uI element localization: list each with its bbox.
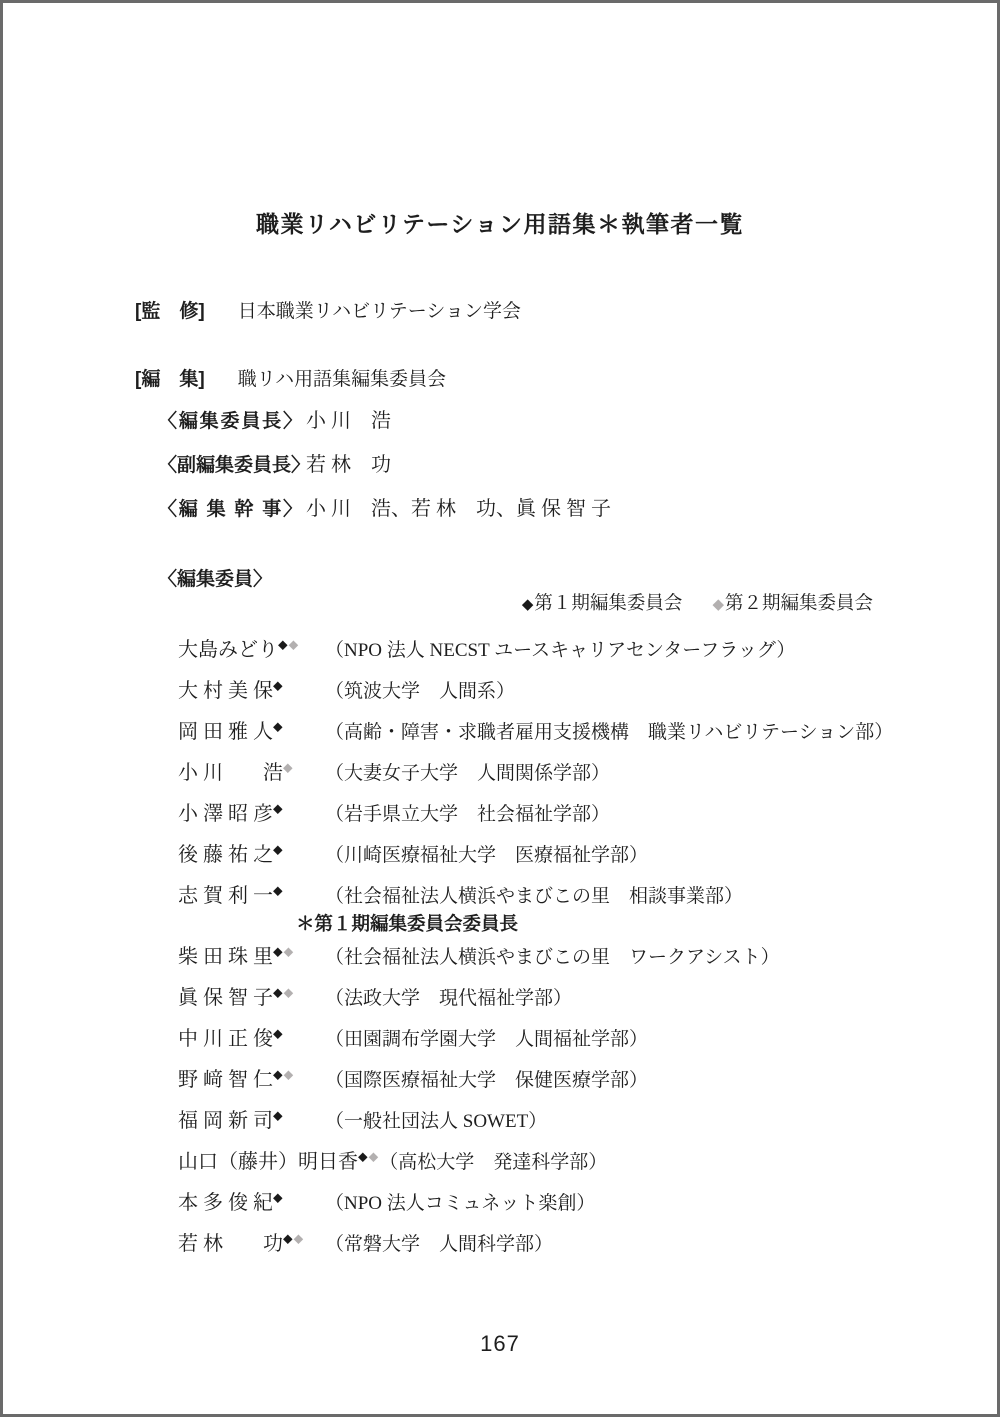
member-name-cell: 福 岡 新 司◆ [178, 1108, 325, 1135]
period1-diamond-icon: ◆ [358, 1148, 369, 1163]
committee-legend: ◆第１期編集委員会◆第２期編集委員会 [178, 589, 873, 615]
member-line: 後 藤 祐 之◆（川崎医療福祉大学 医療福祉学部） [178, 842, 918, 869]
member-name-cell: 大島みどり◆◆ [178, 637, 325, 664]
member-name: 小 川 浩 [178, 762, 283, 784]
member-name: 若 林 功 [178, 1233, 283, 1255]
member-name: 大 村 美 保 [178, 680, 273, 702]
member-name-cell: 岡 田 雅 人◆ [178, 719, 325, 746]
member-row: 志 賀 利 一◆（社会福祉法人横浜やまびこの里 相談事業部）＊第１期編集委員会委… [178, 883, 918, 937]
role-label: 〈副編集委員長〉 [158, 450, 302, 477]
member-affiliation: （社会福祉法人横浜やまびこの里 相談事業部） [325, 883, 743, 910]
member-line: 野 﨑 智 仁◆◆（国際医療福祉大学 保健医療学部） [178, 1067, 918, 1094]
member-row: 後 藤 祐 之◆（川崎医療福祉大学 医療福祉学部） [178, 842, 918, 883]
member-name: 本 多 俊 紀 [178, 1192, 273, 1214]
member-affiliation: （常磐大学 人間科学部） [325, 1231, 553, 1258]
member-name-cell: 野 﨑 智 仁◆◆ [178, 1067, 325, 1094]
period1-diamond-icon: ◆ [273, 1025, 284, 1040]
member-markers: ◆◆ [273, 946, 294, 968]
role-value: 若 林 功 [306, 454, 391, 476]
member-name: 野 﨑 智 仁 [178, 1069, 273, 1091]
member-name-cell: 本 多 俊 紀◆ [178, 1190, 325, 1217]
period1-diamond-icon: ◆ [273, 882, 284, 897]
member-affiliation: （川崎医療福祉大学 医療福祉学部） [325, 842, 648, 869]
member-markers: ◆◆ [278, 639, 299, 661]
member-row: 中 川 正 俊◆（田園調布学園大学 人間福祉学部） [178, 1026, 918, 1067]
period2-diamond-icon: ◆ [712, 595, 724, 613]
member-name: 中 川 正 俊 [178, 1028, 273, 1050]
member-markers: ◆◆ [273, 1069, 294, 1091]
period1-diamond-icon: ◆ [278, 636, 289, 651]
member-name: 眞 保 智 子 [178, 987, 273, 1009]
member-line: 福 岡 新 司◆（一般社団法人 SOWET） [178, 1108, 918, 1135]
member-affiliation: （NPO 法人 NECST ユースキャリアセンターフラッグ） [325, 637, 795, 664]
supervision-value: 日本職業リハビリテーション学会 [238, 301, 521, 322]
member-row: 小 川 浩◆（大妻女子大学 人間関係学部） [178, 760, 918, 801]
period1-diamond-icon: ◆ [273, 1066, 284, 1081]
role-label: 〈編 集 幹 事〉 [158, 494, 302, 521]
member-row: 小 澤 昭 彦◆（岩手県立大学 社会福祉学部） [178, 801, 918, 842]
editing-row: [編 集] 職リハ用語集編集委員会 [135, 364, 446, 391]
member-line: 岡 田 雅 人◆（高齢・障害・求職者雇用支援機構 職業リハビリテーション部） [178, 719, 918, 746]
member-line: 山口（藤井）明日香◆◆（高松大学 発達科学部） [178, 1149, 918, 1176]
member-markers: ◆ [283, 762, 294, 784]
period1-diamond-icon: ◆ [273, 943, 284, 958]
member-row: 大島みどり◆◆（NPO 法人 NECST ユースキャリアセンターフラッグ） [178, 637, 918, 678]
member-row: 野 﨑 智 仁◆◆（国際医療福祉大学 保健医療学部） [178, 1067, 918, 1108]
member-name: 後 藤 祐 之 [178, 844, 273, 866]
member-name-cell: 後 藤 祐 之◆ [178, 842, 325, 869]
member-name: 福 岡 新 司 [178, 1110, 273, 1132]
period2-diamond-icon: ◆ [369, 1148, 380, 1163]
member-line: 大島みどり◆◆（NPO 法人 NECST ユースキャリアセンターフラッグ） [178, 637, 918, 664]
member-line: 志 賀 利 一◆（社会福祉法人横浜やまびこの里 相談事業部） [178, 883, 918, 910]
editing-value: 職リハ用語集編集委員会 [238, 369, 446, 390]
member-markers: ◆ [273, 844, 284, 866]
period1-diamond-icon: ◆ [273, 800, 284, 815]
member-name: 大島みどり [178, 639, 278, 661]
member-affiliation: （法政大学 現代福祉学部） [325, 985, 572, 1012]
editing-label: [編 集] [135, 364, 227, 391]
member-affiliation: （高松大学 発達科学部） [379, 1149, 607, 1176]
member-line: 柴 田 珠 里◆◆（社会福祉法人横浜やまびこの里 ワークアシスト） [178, 944, 918, 971]
member-name-cell: 志 賀 利 一◆ [178, 883, 325, 910]
member-affiliation: （筑波大学 人間系） [325, 678, 515, 705]
member-affiliation: （大妻女子大学 人間関係学部） [325, 760, 610, 787]
member-line: 本 多 俊 紀◆（NPO 法人コミュネット楽創） [178, 1190, 918, 1217]
member-markers: ◆ [273, 680, 284, 702]
period2-diamond-icon: ◆ [284, 984, 295, 999]
legend-label: 第２期編集委員会 [725, 589, 873, 615]
member-row: 福 岡 新 司◆（一般社団法人 SOWET） [178, 1108, 918, 1149]
member-affiliation: （一般社団法人 SOWET） [325, 1108, 547, 1135]
supervision-row: [監 修] 日本職業リハビリテーション学会 [135, 296, 521, 323]
page-title: 職業リハビリテーション用語集＊執筆者一覧 [3, 206, 997, 239]
member-name: 小 澤 昭 彦 [178, 803, 273, 825]
member-row: 若 林 功◆◆（常磐大学 人間科学部） [178, 1231, 918, 1272]
period2-diamond-icon: ◆ [289, 636, 300, 651]
period1-diamond-icon: ◆ [273, 677, 284, 692]
member-affiliation: （NPO 法人コミュネット楽創） [325, 1190, 595, 1217]
member-name-cell: 大 村 美 保◆ [178, 678, 325, 705]
member-row: 岡 田 雅 人◆（高齢・障害・求職者雇用支援機構 職業リハビリテーション部） [178, 719, 918, 760]
member-name-cell: 山口（藤井）明日香◆◆ [178, 1149, 379, 1176]
member-line: 中 川 正 俊◆（田園調布学園大学 人間福祉学部） [178, 1026, 918, 1053]
role-value: 小 川 浩、若 林 功、眞 保 智 子 [306, 498, 611, 520]
period1-diamond-icon: ◆ [283, 1230, 294, 1245]
role-row: 〈編 集 幹 事〉小 川 浩、若 林 功、眞 保 智 子 [158, 492, 611, 536]
period2-diamond-icon: ◆ [283, 759, 294, 774]
member-line: 若 林 功◆◆（常磐大学 人間科学部） [178, 1231, 918, 1258]
period1-diamond-icon: ◆ [273, 1189, 284, 1204]
member-markers: ◆ [273, 721, 284, 743]
member-markers: ◆ [273, 803, 284, 825]
member-line: 大 村 美 保◆（筑波大学 人間系） [178, 678, 918, 705]
committee-members-list: 大島みどり◆◆（NPO 法人 NECST ユースキャリアセンターフラッグ）大 村… [178, 637, 918, 1272]
member-markers: ◆ [273, 1192, 284, 1214]
period1-diamond-icon: ◆ [273, 718, 284, 733]
member-name: 岡 田 雅 人 [178, 721, 273, 743]
member-affiliation: （岩手県立大学 社会福祉学部） [325, 801, 610, 828]
member-affiliation: （社会福祉法人横浜やまびこの里 ワークアシスト） [325, 944, 780, 971]
member-row: 山口（藤井）明日香◆◆（高松大学 発達科学部） [178, 1149, 918, 1190]
period1-diamond-icon: ◆ [273, 841, 284, 856]
period1-diamond-icon: ◆ [522, 595, 534, 613]
member-markers: ◆◆ [358, 1151, 379, 1173]
period2-diamond-icon: ◆ [284, 943, 295, 958]
member-note: ＊第１期編集委員会委員長 [296, 910, 918, 937]
period1-diamond-icon: ◆ [273, 1107, 284, 1122]
legend-label: 第１期編集委員会 [534, 589, 682, 615]
member-name: 山口（藤井）明日香 [178, 1151, 358, 1173]
member-markers: ◆ [273, 1028, 284, 1050]
period1-diamond-icon: ◆ [273, 984, 284, 999]
member-markers: ◆ [273, 1110, 284, 1132]
role-value: 小 川 浩 [306, 410, 391, 432]
roles-list: 〈編集委員長〉小 川 浩〈副編集委員長〉若 林 功〈編 集 幹 事〉小 川 浩、… [158, 404, 611, 536]
member-name-cell: 中 川 正 俊◆ [178, 1026, 325, 1053]
member-name: 柴 田 珠 里 [178, 946, 273, 968]
role-label: 〈編集委員長〉 [158, 406, 302, 433]
legend-item: ◆第１期編集委員会 [522, 589, 683, 615]
member-name-cell: 小 澤 昭 彦◆ [178, 801, 325, 828]
committee-heading: 〈編集委員〉 [158, 564, 272, 591]
legend-item: ◆第２期編集委員会 [712, 589, 873, 615]
member-markers: ◆◆ [273, 987, 294, 1009]
member-line: 小 澤 昭 彦◆（岩手県立大学 社会福祉学部） [178, 801, 918, 828]
member-row: 柴 田 珠 里◆◆（社会福祉法人横浜やまびこの里 ワークアシスト） [178, 944, 918, 985]
page-number: 167 [3, 1331, 997, 1357]
role-row: 〈副編集委員長〉若 林 功 [158, 448, 611, 492]
member-name-cell: 小 川 浩◆ [178, 760, 325, 787]
member-affiliation: （高齢・障害・求職者雇用支援機構 職業リハビリテーション部） [325, 719, 893, 746]
role-row: 〈編集委員長〉小 川 浩 [158, 404, 611, 448]
member-name-cell: 眞 保 智 子◆◆ [178, 985, 325, 1012]
period2-diamond-icon: ◆ [294, 1230, 305, 1245]
supervision-label: [監 修] [135, 296, 227, 323]
member-markers: ◆◆ [283, 1233, 304, 1255]
member-line: 眞 保 智 子◆◆（法政大学 現代福祉学部） [178, 985, 918, 1012]
member-name: 志 賀 利 一 [178, 885, 273, 907]
member-affiliation: （田園調布学園大学 人間福祉学部） [325, 1026, 648, 1053]
member-row: 眞 保 智 子◆◆（法政大学 現代福祉学部） [178, 985, 918, 1026]
member-markers: ◆ [273, 885, 284, 907]
member-name-cell: 若 林 功◆◆ [178, 1231, 325, 1258]
member-line: 小 川 浩◆（大妻女子大学 人間関係学部） [178, 760, 918, 787]
document-page: 職業リハビリテーション用語集＊執筆者一覧 [監 修] 日本職業リハビリテーション… [0, 0, 1000, 1417]
member-row: 大 村 美 保◆（筑波大学 人間系） [178, 678, 918, 719]
member-affiliation: （国際医療福祉大学 保健医療学部） [325, 1067, 648, 1094]
member-row: 本 多 俊 紀◆（NPO 法人コミュネット楽創） [178, 1190, 918, 1231]
period2-diamond-icon: ◆ [284, 1066, 295, 1081]
member-name-cell: 柴 田 珠 里◆◆ [178, 944, 325, 971]
